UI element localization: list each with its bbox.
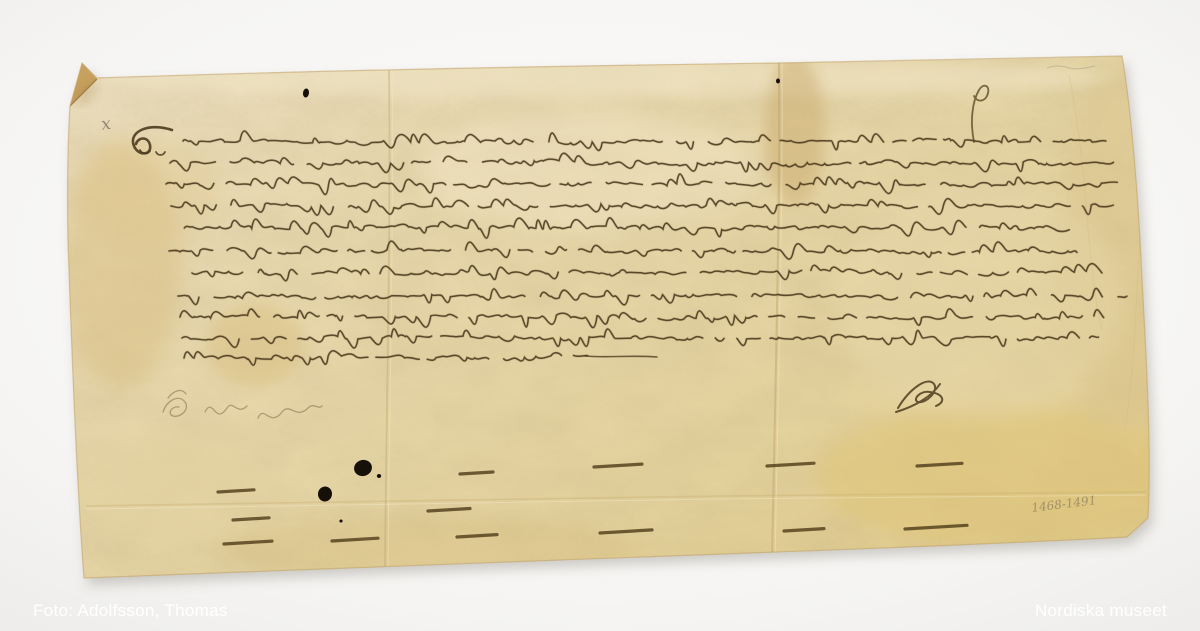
caption-bar: Foto: Adolfsson, Thomas Nordiska museet [0,590,1200,631]
seal-slit [460,472,493,474]
photo-credit: Foto: Adolfsson, Thomas [33,601,228,621]
museum-credit: Nordiska museet [1035,601,1167,621]
photograph: x 1468-1491 [0,0,1200,631]
closing-dash [585,356,657,357]
ink-blot [776,79,780,84]
seal-slit [233,518,269,520]
ink-blot [339,520,342,523]
museum-photo-viewer: x 1468-1491 F [0,0,1200,631]
parchment [40,40,1185,600]
seal-slit [218,490,254,492]
ink-blot [377,474,381,478]
